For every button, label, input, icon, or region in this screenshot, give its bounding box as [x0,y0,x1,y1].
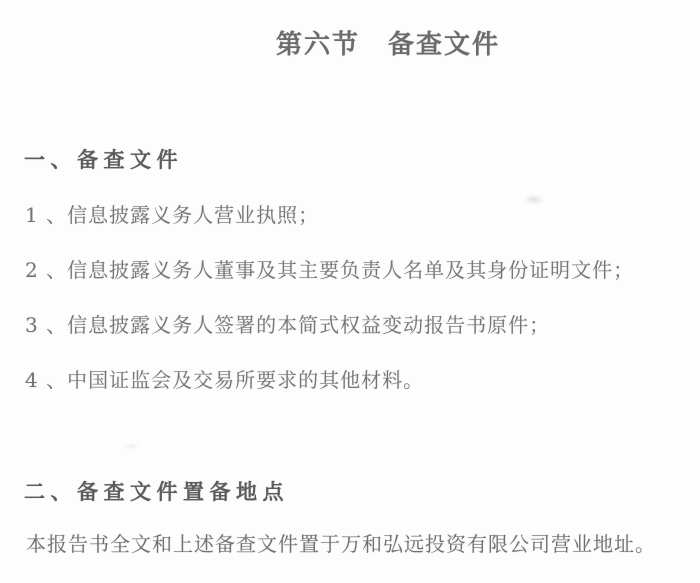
document-page: 第六节 备查文件 一、备查文件 1 、信息披露义务人营业执照； 2 、信息披露义… [0,0,700,583]
list-item-1: 1 、信息披露义务人营业执照； [25,204,319,226]
section2-body: 本报告书全文和上述备查文件置于万和弘远投资有限公司营业地址。 [26,532,656,556]
section1-heading: 一、备查文件 [24,148,183,171]
list-item-4: 4 、中国证监会及交易所要求的其他材料。 [25,369,424,391]
scan-artifact-smudge [523,194,545,205]
scan-artifact-smudge [122,442,140,450]
page-title: 第六节 备查文件 [276,31,500,61]
list-item-2: 2 、信息披露义务人董事及其主要负责人名单及其身份证明文件； [25,259,634,281]
list-item-3: 3 、信息披露义务人签署的本简式权益变动报告书原件； [25,314,550,336]
section2-heading: 二、备查文件置备地点 [24,480,289,503]
